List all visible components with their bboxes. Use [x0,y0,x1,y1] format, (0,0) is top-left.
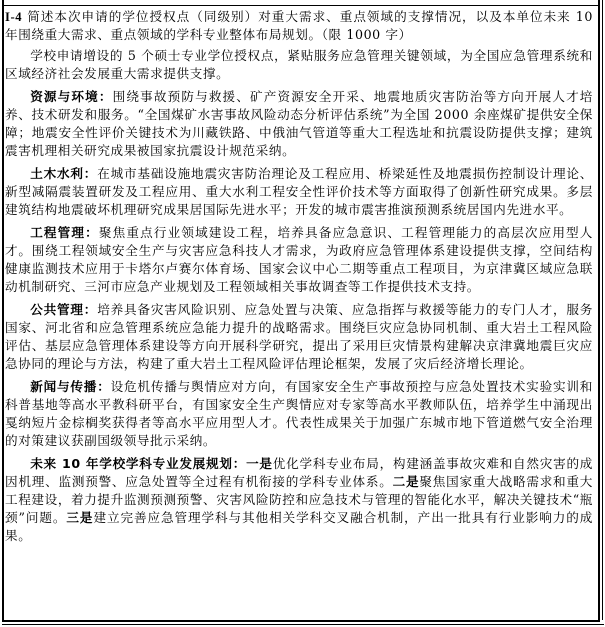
plan-title: 未来 10 年学校学科专业发展规划： [30,456,246,471]
section-title: 资源与环境： [30,89,112,104]
plan-part-text: 建立完善应急管理学科与其他相关学科交叉融合机制，产出一批具有行业影响力的成果。 [5,510,593,543]
document-body: I-4 简述本次申请的学位授权点（同级别）对重大需求、重点领域的支撑情况，以及本… [5,8,593,545]
section-ten-year-plan: 未来 10 年学校学科专业发展规划：一是优化学科专业布局，构建涵盖事故灾难和自然… [5,455,593,545]
plan-part-label: 一是 [246,456,273,471]
section-public-administration: 公共管理：培养具备灾害风险识别、应急处置与决策、应急指挥与救援等能力的专门人才，… [5,301,593,373]
section-civil-hydraulic: 土木水利：在城市基础设施地震灾害防治理论及工程应用、桥梁延性及地震损伤控制设计理… [5,165,593,219]
section-title: 土木水利： [30,166,97,181]
section-resources-environment: 资源与环境：围绕事故预防与救援、矿产资源安全开采、地震地质灾害防治等方向开展人才… [5,88,593,160]
question-code: I-4 [5,10,22,24]
plan-part-label: 二是 [393,474,420,489]
question-text: 简述本次申请的学位授权点（同级别）对重大需求、重点领域的支撑情况，以及本单位未来… [5,9,593,42]
plan-part-label: 三是 [66,510,93,525]
table-bottom-border [2,624,604,625]
intro-paragraph: 学校申请增设的 5 个硕士专业学位授权点，紧贴服务应急管理关键领域，为全国应急管… [5,47,593,83]
question-heading: I-4 简述本次申请的学位授权点（同级别）对重大需求、重点领域的支撑情况，以及本… [5,8,593,44]
section-title: 新闻与传播： [30,379,110,394]
section-title: 公共管理： [30,302,97,317]
section-title: 工程管理： [30,225,99,240]
section-journalism-communication: 新闻与传播：设危机传播与舆情应对方向，有国家安全生产事故预控与应急处置技术实验实… [5,378,593,450]
section-engineering-management: 工程管理：聚焦重点行业领域建设工程，培养具备应急意识、工程管理能力的高层次应用型… [5,224,593,296]
